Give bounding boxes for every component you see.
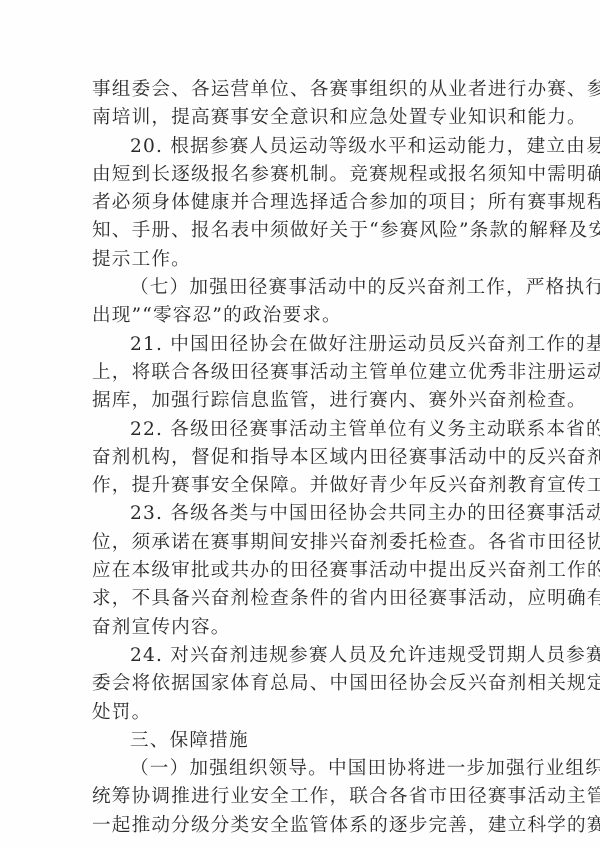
text-line-16-item-23: 23. 各级各类与中国田径协会共同主办的田径赛事活动单 [92,500,512,528]
text-line-2: 南培训，提高赛事安全意识和应急处置专业知识和能力。 [92,104,512,132]
section-heading-7: （七）加强田径赛事活动中的反兴奋剂工作，严格执行“零 [92,274,512,302]
text-line-14: 奋剂机构，督促和指导本区域内田径赛事活动中的反兴奋剂工 [92,444,512,472]
text-line-5: 者必须身体健康并合理选择适合参加的项目；所有赛事规程、须 [92,189,512,217]
subsection-heading-1: （一）加强组织领导。中国田协将进一步加强行业组织领导， [92,755,512,783]
text-line-1: 事组委会、各运营单位、各赛事组织的从业者进行办赛、参赛指 [92,76,512,104]
text-line-18: 应在本级审批或共办的田径赛事活动中提出反兴奋剂工作的要 [92,557,512,585]
text-line-15: 作，提升赛事安全保障。并做好青少年反兴奋剂教育宣传工作。 [92,472,512,500]
text-line-22: 委会将依据国家体育总局、中国田径协会反兴奋剂相关规定进行 [92,670,512,698]
text-line-3-item-20: 20. 根据参赛人员运动等级水平和运动能力，建立由易到难、 [92,133,512,161]
document-page: 事组委会、各运营单位、各赛事组织的从业者进行办赛、参赛指 南培训，提高赛事安全意… [0,0,600,849]
text-line-12: 据库，加强行踪信息监管，进行赛内、赛外兴奋剂检查。 [92,387,512,415]
text-line-23: 处罚。 [92,699,512,727]
section-heading-3-safeguards: 三、保障措施 [92,727,512,755]
text-line-21-item-24: 24. 对兴奋剂违规参赛人员及允许违规受罚期人员参赛的组 [92,642,512,670]
text-line-9: 出现”“零容忍”的政治要求。 [92,302,512,330]
text-line-27: 一起推动分级分类安全监管体系的逐步完善，建立科学的赛事安 [92,812,512,840]
text-line-10-item-21: 21. 中国田径协会在做好注册运动员反兴奋剂工作的基础 [92,331,512,359]
text-line-7: 提示工作。 [92,246,512,274]
document-body: 事组委会、各运营单位、各赛事组织的从业者进行办赛、参赛指 南培训，提高赛事安全意… [92,76,512,840]
text-line-11: 上，将联合各级田径赛事活动主管单位建立优秀非注册运动员数 [92,359,512,387]
text-line-17: 位，须承诺在赛事期间安排兴奋剂委托检查。各省市田径协会， [92,529,512,557]
text-line-4: 由短到长逐级报名参赛机制。竞赛规程或报名须知中需明确参赛 [92,161,512,189]
text-line-20: 奋剂宣传内容。 [92,614,512,642]
text-line-13-item-22: 22. 各级田径赛事活动主管单位有义务主动联系本省的反兴 [92,416,512,444]
text-line-26: 统筹协调推进行业安全工作，联合各省市田径赛事活动主管单位 [92,783,512,811]
text-line-6: 知、手册、报名表中须做好关于“参赛风险”条款的解释及安全 [92,217,512,245]
text-line-19: 求，不具备兴奋剂检查条件的省内田径赛事活动，应明确有反兴 [92,585,512,613]
